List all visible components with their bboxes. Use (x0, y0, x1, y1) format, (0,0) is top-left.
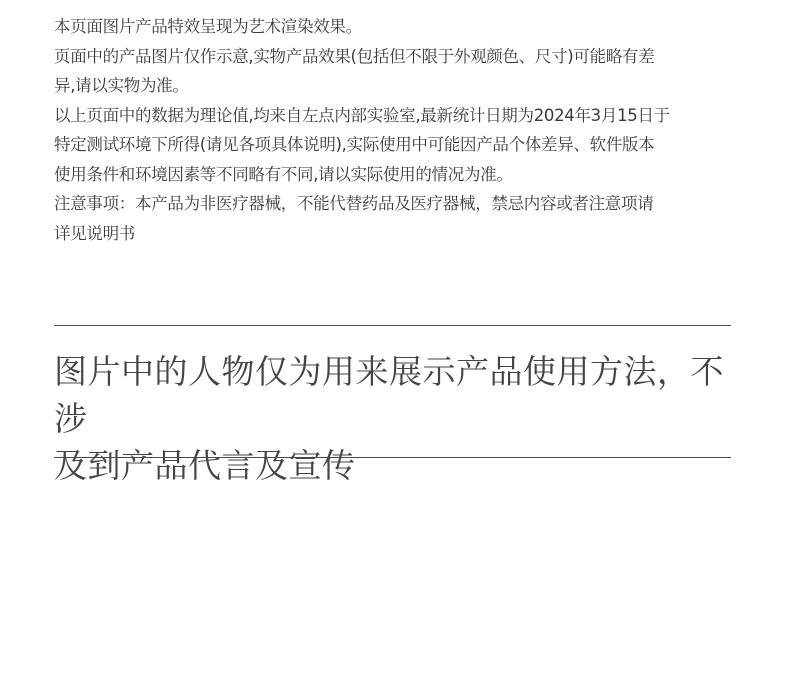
disclaimer-line: 页面中的产品图片仅作示意,实物产品效果(包括但不限于外观颜色、尺寸)可能略有差 (54, 42, 734, 72)
disclaimer-line: 以上页面中的数据为理论值,均来自左点内部实验室,最新统计日期为2024年3月15… (54, 101, 734, 131)
disclaimer-line: 特定测试环境下所得(请见各项具体说明),实际使用中可能因产品个体差异、软件版本 (54, 130, 734, 160)
model-notice-heading: 图片中的人物仅为用来展示产品使用方法，不涉 及到产品代言及宣传 (54, 348, 734, 489)
model-notice-line-2: 及到产品代言及宣传 (54, 446, 356, 485)
disclaimer-block: 本页面图片产品特效呈现为艺术渲染效果。 页面中的产品图片仅作示意,实物产品效果(… (54, 12, 734, 248)
disclaimer-line: 异,请以实物为准。 (54, 71, 734, 101)
bottom-divider (54, 457, 731, 458)
disclaimer-line: 注意事项：本产品为非医疗器械，不能代替药品及医疗器械，禁忌内容或者注意项请 (54, 189, 734, 219)
model-notice-line-1: 图片中的人物仅为用来展示产品使用方法，不涉 (54, 352, 724, 438)
disclaimer-line: 详见说明书 (54, 219, 734, 249)
disclaimer-line: 使用条件和环境因素等不同略有不同,请以实际使用的情况为准。 (54, 160, 734, 190)
disclaimer-line: 本页面图片产品特效呈现为艺术渲染效果。 (54, 12, 734, 42)
top-divider (54, 325, 731, 326)
